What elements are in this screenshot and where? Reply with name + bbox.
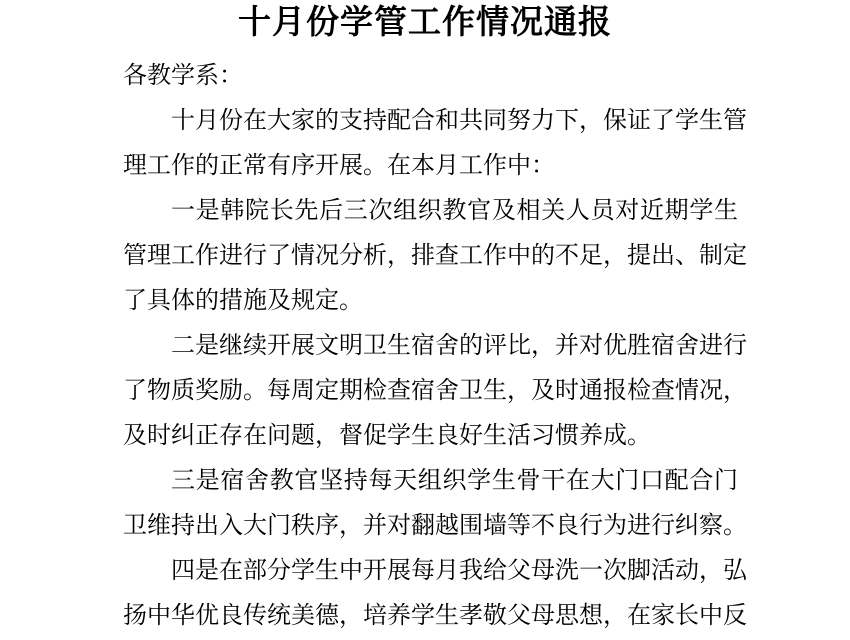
document-line: 三是宿舍教官坚持每天组织学生骨干在大门口配合门: [123, 459, 738, 504]
document-line: 卫维持出入大门秩序，并对翻越围墙等不良行为进行纠察。: [123, 504, 738, 549]
document-line: 二是继续开展文明卫生宿舍的评比，并对优胜宿舍进行: [123, 324, 738, 369]
document-title: 十月份学管工作情况通报: [0, 0, 850, 46]
document-page: 十月份学管工作情况通报 各教学系： 十月份在大家的支持配合和共同努力下，保证了学…: [0, 0, 850, 640]
document-line: 了具体的措施及规定。: [123, 279, 738, 324]
salutation-line: 各教学系：: [123, 54, 738, 99]
document-body: 各教学系： 十月份在大家的支持配合和共同努力下，保证了学生管 理工作的正常有序开…: [123, 54, 738, 639]
document-line: 理工作的正常有序开展。在本月工作中：: [123, 144, 738, 189]
document-line: 一是韩院长先后三次组织教官及相关人员对近期学生: [123, 189, 738, 234]
document-line: 了物质奖励。每周定期检查宿舍卫生，及时通报检查情况，: [123, 369, 738, 414]
document-line: 十月份在大家的支持配合和共同努力下，保证了学生管: [123, 99, 738, 144]
document-line: 管理工作进行了情况分析，排查工作中的不足，提出、制定: [123, 234, 738, 279]
document-line: 扬中华优良传统美德，培养学生孝敬父母思想，在家长中反: [123, 594, 738, 639]
document-line: 及时纠正存在问题，督促学生良好生活习惯养成。: [123, 414, 738, 459]
document-line: 四是在部分学生中开展每月我给父母洗一次脚活动，弘: [123, 549, 738, 594]
